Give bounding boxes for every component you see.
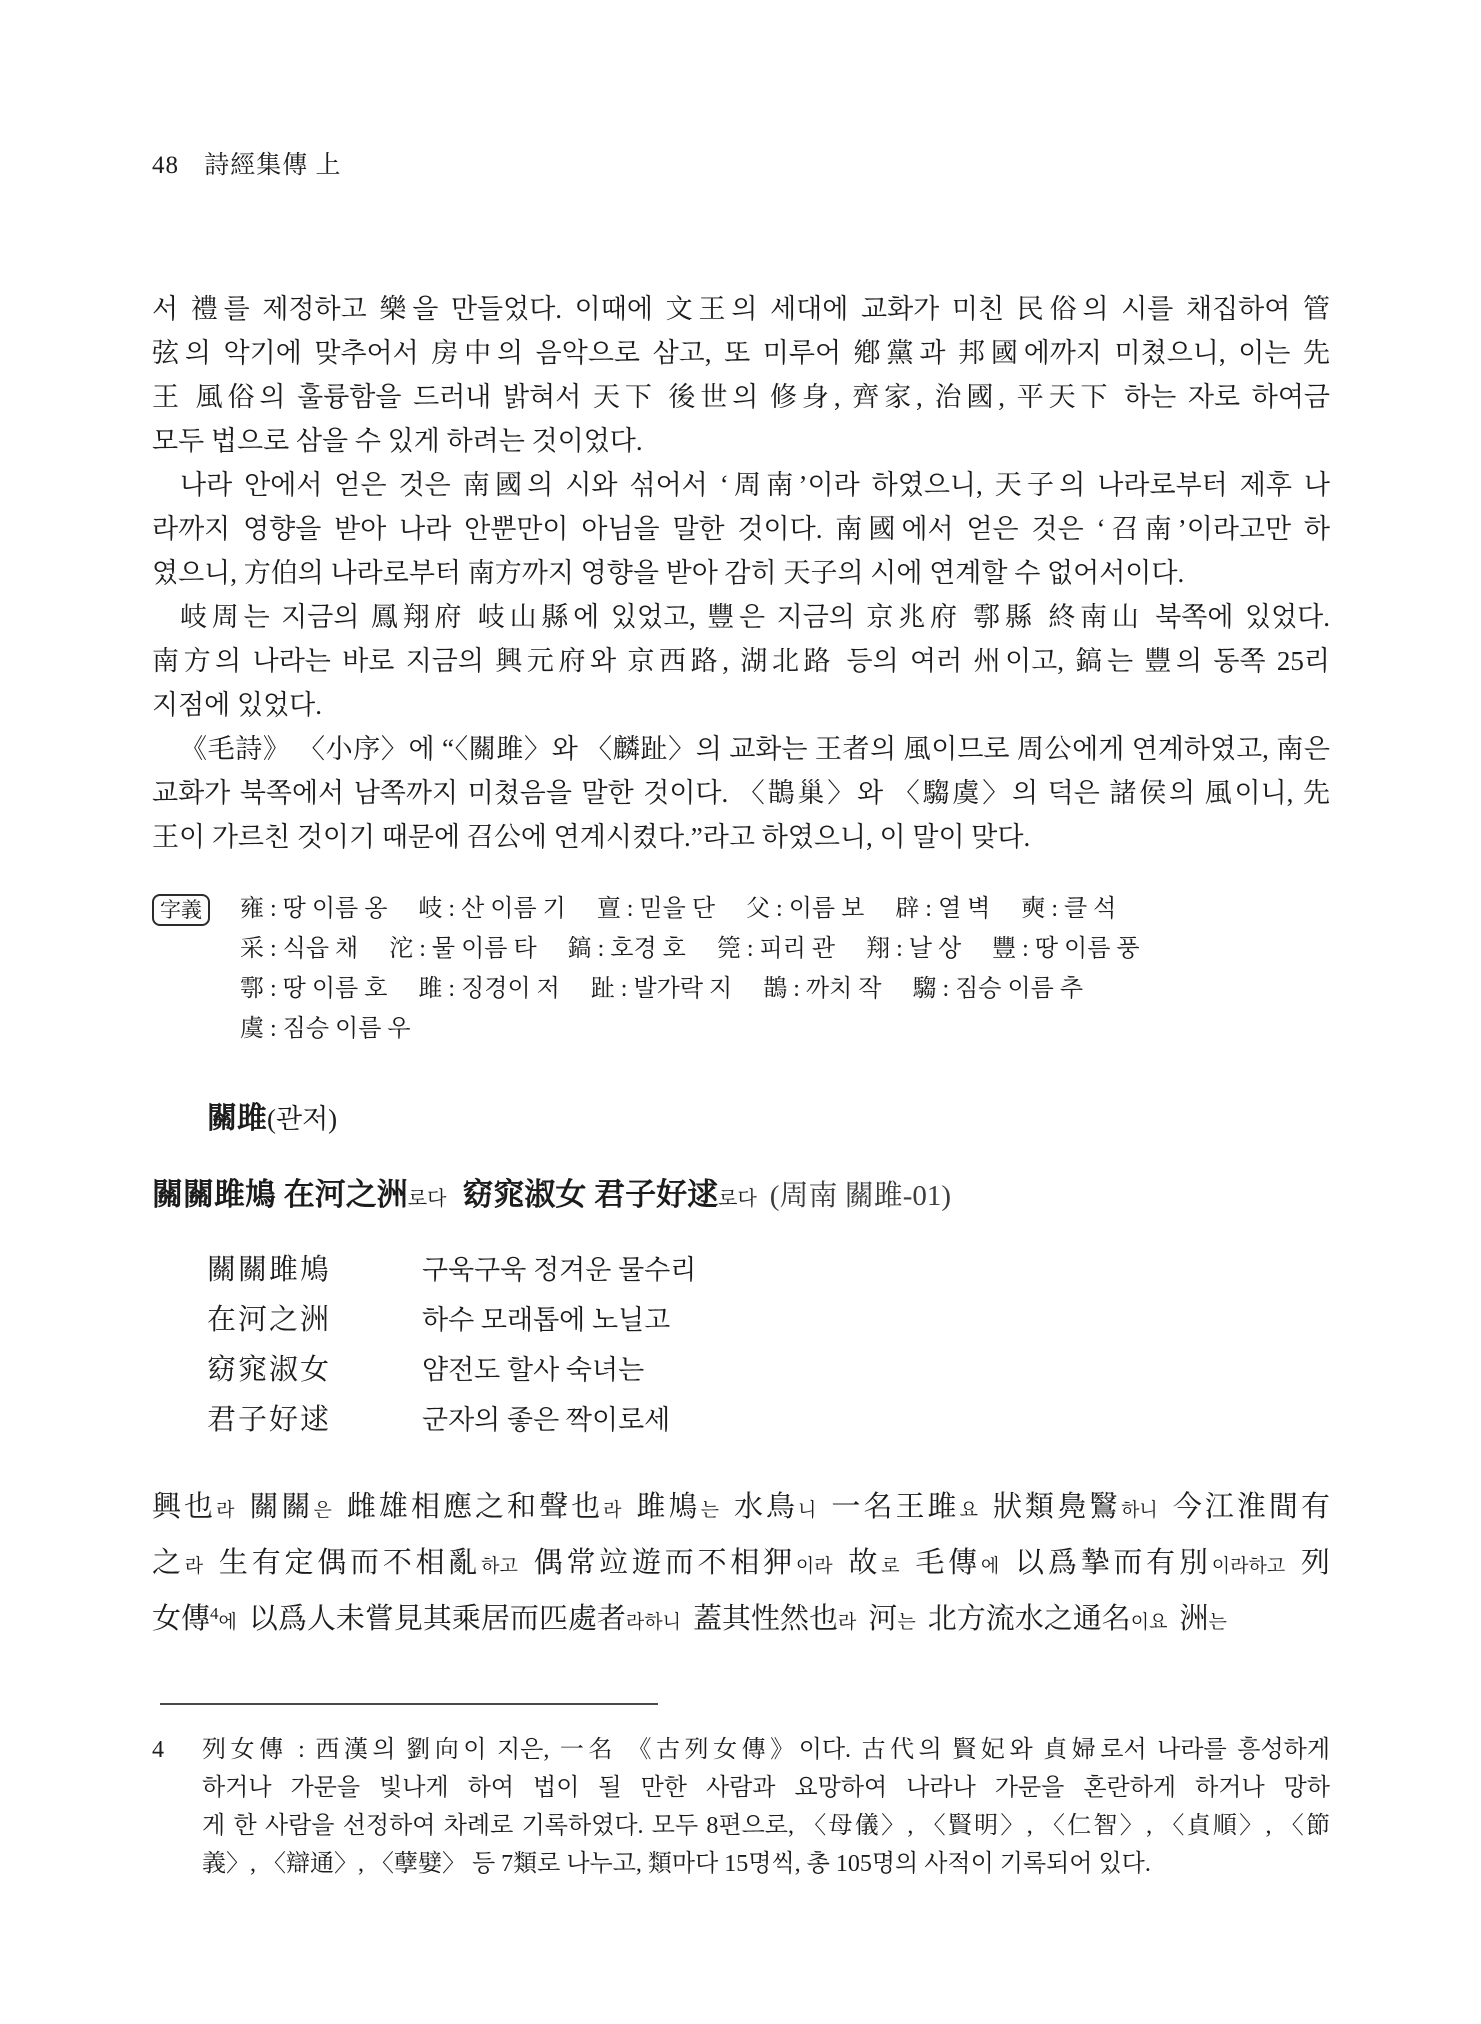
text-line: 南方의 나라는 바로 지금의 興元府와 京西路, 湖北路 등의 여러 州이고, … — [152, 639, 1330, 683]
text-segment: 生有定偶而不相亂 — [215, 1547, 481, 1579]
text-segment: 狀類鳧鷖 — [990, 1491, 1121, 1523]
text-segment: 故 — [845, 1547, 882, 1579]
glossary-label-box: 字義 — [152, 889, 230, 1049]
text-segment: 하고 — [481, 1556, 518, 1577]
text-line: 였으니, 方伯의 나라로부터 南方까지 영향을 받아 감히 天子의 시에 연계할… — [152, 551, 1330, 595]
text-line: 교화가 북쪽에서 남쪽까지 미쳤음을 말한 것이다. 〈鵲巢〉와 〈騶虞〉의 덕… — [152, 771, 1330, 815]
glossary-entry: 虞 : 짐승 이름 우 — [240, 1016, 411, 1042]
text-segment: 興也 — [152, 1491, 216, 1523]
footnote-line: 게 한 사람을 선정하여 차례로 기록하였다. 모두 8편으로, 〈母儀〉, 〈… — [202, 1807, 1330, 1845]
zhu-xi-commentary: 興也라關關은雌雄相應之和聲也라雎鳩는水鳥니一名王雎요狀類鳧鷖하니今江淮間有 之라… — [152, 1481, 1330, 1649]
text-segment: 列 — [1297, 1547, 1330, 1579]
glossary-entry: 鵲 : 까치 작 — [763, 976, 881, 1002]
text-segment: 以爲人未嘗見其乘居而匹處者 — [249, 1603, 626, 1635]
glossary-entry: 鎬 : 호경 호 — [568, 936, 686, 962]
paragraph: 서 禮를 제정하고 樂을 만들었다. 이때에 文王의 세대에 교화가 미친 民俗… — [152, 287, 1330, 463]
glossary-entry: 亶 : 믿을 단 — [597, 896, 715, 922]
text-segment: 은 — [314, 1500, 332, 1521]
text-segment: 洲 — [1179, 1603, 1208, 1635]
text-segment: 毛傳 — [912, 1547, 981, 1579]
text-segment: 雎鳩 — [634, 1491, 701, 1523]
footnote-line: 義〉, 〈辯通〉, 〈孽嬖〉 등 7類로 나누고, 類마다 15명씩, 총 10… — [202, 1845, 1330, 1883]
footnote: 4 列女傳 : 西漢의 劉向이 지은, 一名 《古列女傳》이다. 古代의 賢妃와… — [152, 1731, 1330, 1883]
glossary-label: 字義 — [152, 894, 210, 926]
text-segment: 에 — [981, 1556, 999, 1577]
text-line: 서 禮를 제정하고 樂을 만들었다. 이때에 文王의 세대에 교화가 미친 民俗… — [152, 287, 1330, 331]
commentary-line: 興也라關關은雌雄相應之和聲也라雎鳩는水鳥니一名王雎요狀類鳧鷖하니今江淮間有 — [152, 1481, 1330, 1537]
text-segment: 로 — [881, 1556, 899, 1577]
running-head: 48 詩經集傳 上 — [152, 145, 1330, 181]
text-segment: 雌雄相應之和聲也 — [344, 1491, 603, 1523]
verse-korean: 군자의 좋은 짝이로세 — [422, 1395, 670, 1445]
text-segment: 이라하고 — [1212, 1556, 1285, 1577]
text-segment: 라 — [185, 1556, 203, 1577]
text-segment: 女傳 — [152, 1603, 210, 1635]
text-segment: 關關雎鳩 在河之洲 — [152, 1177, 408, 1212]
verse-hanja: 關關雎鳩 — [207, 1245, 422, 1295]
glossary-row: 采 : 식읍 채沱 : 물 이름 타鎬 : 호경 호筦 : 피리 관翔 : 날 … — [240, 929, 1330, 969]
page-number: 48 — [152, 152, 179, 179]
glossary-row: 雍 : 땅 이름 옹岐 : 산 이름 기亶 : 믿을 단父 : 이름 보辟 : … — [240, 889, 1330, 929]
commentary-line: 女傳4에以爲人未嘗見其乘居而匹處者라하니蓋其性然也라河는北方流水之通名이요洲는 — [152, 1593, 1330, 1649]
footnote-line: 하거나 가문을 빛나게 하여 법이 될 만한 사람과 요망하여 나라나 가문을 … — [202, 1769, 1330, 1807]
text-segment: 는 — [897, 1612, 915, 1633]
text-line: 王 風俗의 훌륭함을 드러내 밝혀서 天下 後世의 修身, 齊家, 治國, 平天… — [152, 375, 1330, 419]
text-segment: 以爲摯而有別 — [1011, 1547, 1211, 1579]
text-segment: 하니 — [1121, 1500, 1158, 1521]
text-segment: 로다 — [408, 1188, 447, 1210]
text-segment: 關關 — [246, 1491, 313, 1523]
text-segment: 之 — [152, 1547, 185, 1579]
glossary-entry: 筦 : 피리 관 — [717, 936, 835, 962]
verse-korean: 얌전도 할사 숙녀는 — [422, 1345, 644, 1395]
text-segment: 窈窕淑女 君子好逑 — [462, 1177, 718, 1212]
poem-heading: 關關雎鳩 在河之洲로다窈窕淑女 君子好逑로다(周南 關雎-01) — [152, 1175, 1330, 1219]
text-segment: 라 — [603, 1500, 621, 1521]
verse-row: 在河之洲 하수 모래톱에 노닐고 — [207, 1295, 1330, 1345]
glossary-entry: 岐 : 산 이름 기 — [418, 896, 565, 922]
verse-hanja: 君子好逑 — [207, 1395, 422, 1445]
verse-row: 君子好逑 군자의 좋은 짝이로세 — [207, 1395, 1330, 1445]
glossary-entry: 雍 : 땅 이름 옹 — [240, 896, 387, 922]
glossary-row: 鄠 : 땅 이름 호雎 : 징경이 저趾 : 발가락 지鵲 : 까치 작騶 : … — [240, 969, 1330, 1009]
paragraph: 《毛詩》 〈小序〉에 “〈關雎〉와 〈麟趾〉의 교화는 王者의 風이므로 周公에… — [152, 727, 1330, 859]
paragraph: 岐周는 지금의 鳳翔府 岐山縣에 있었고, 豐은 지금의 京兆府 鄠縣 終南山 … — [152, 595, 1330, 727]
glossary-entry: 雎 : 징경이 저 — [418, 976, 559, 1002]
glossary-entry: 奭 : 클 석 — [1021, 896, 1116, 922]
text-line: 王이 가르친 것이기 때문에 召公에 연계시켰다.”라고 하였으니, 이 말이 … — [152, 815, 1330, 859]
text-segment: 이라 — [796, 1556, 833, 1577]
verse-korean: 하수 모래톱에 노닐고 — [422, 1295, 670, 1345]
text-segment: 는 — [701, 1500, 719, 1521]
text-segment: (周南 關雎-01) — [770, 1180, 951, 1212]
main-text: 서 禮를 제정하고 樂을 만들었다. 이때에 文王의 세대에 교화가 미친 民俗… — [152, 287, 1330, 859]
text-segment: 는 — [1208, 1612, 1226, 1633]
text-segment: 一名王雎 — [828, 1491, 959, 1523]
text-segment: 北方流水之通名 — [928, 1603, 1131, 1635]
glossary-entry: 鄠 : 땅 이름 호 — [240, 976, 387, 1002]
book-title: 詩經集傳 上 — [204, 152, 341, 179]
glossary-entry: 趾 : 발가락 지 — [591, 976, 732, 1002]
text-line: 弦의 악기에 맞추어서 房中의 음악으로 삼고, 또 미루어 鄕黨과 邦國에까지… — [152, 331, 1330, 375]
text-line: 《毛詩》 〈小序〉에 “〈關雎〉와 〈麟趾〉의 교화는 王者의 風이므로 周公에… — [152, 727, 1330, 771]
verse-table: 關關雎鳩 구욱구욱 정겨운 물수리 在河之洲 하수 모래톱에 노닐고 窈窕淑女 … — [152, 1245, 1330, 1445]
glossary-entry: 采 : 식읍 채 — [240, 936, 358, 962]
footnote-number: 4 — [152, 1731, 202, 1883]
text-segment: 今江淮間有 — [1170, 1491, 1330, 1523]
text-line: 岐周는 지금의 鳳翔府 岐山縣에 있었고, 豐은 지금의 京兆府 鄠縣 終南山 … — [152, 595, 1330, 639]
verse-korean: 구욱구욱 정겨운 물수리 — [422, 1245, 696, 1295]
text-segment: 이요 — [1131, 1612, 1168, 1633]
text-line: 지점에 있었다. — [152, 683, 1330, 727]
glossary-entry: 翔 : 날 상 — [866, 936, 961, 962]
footnote-divider — [160, 1703, 658, 1705]
text-segment: 라 — [838, 1612, 856, 1633]
verse-row: 關關雎鳩 구욱구욱 정겨운 물수리 — [207, 1245, 1330, 1295]
text-segment: 에 — [219, 1612, 237, 1633]
verse-hanja: 窈窕淑女 — [207, 1345, 422, 1395]
glossary-row: 虞 : 짐승 이름 우 — [240, 1009, 1330, 1049]
text-segment: 蓋其性然也 — [693, 1603, 838, 1635]
text-segment: 로다 — [718, 1188, 757, 1210]
paragraph: 나라 안에서 얻은 것은 南國의 시와 섞어서 ‘周南’이라 하였으니, 天子의… — [152, 463, 1330, 595]
text-segment: 4 — [210, 1604, 219, 1623]
text-line: 모두 법으로 삼을 수 있게 하려는 것이었다. — [152, 419, 1330, 463]
character-glossary: 字義 雍 : 땅 이름 옹岐 : 산 이름 기亶 : 믿을 단父 : 이름 보辟… — [152, 889, 1330, 1049]
text-segment: 偶常竝遊而不相狎 — [530, 1547, 796, 1579]
glossary-entry: 辟 : 열 벽 — [895, 896, 990, 922]
footnote-text: 列女傳 : 西漢의 劉向이 지은, 一名 《古列女傳》이다. 古代의 賢妃와 貞… — [202, 1731, 1330, 1883]
text-segment: 라 — [216, 1500, 234, 1521]
book-page: 48 詩經集傳 上 서 禮를 제정하고 樂을 만들었다. 이때에 文王의 세대에… — [0, 0, 1481, 2024]
text-segment: 니 — [798, 1500, 816, 1521]
footnote-line: 列女傳 : 西漢의 劉向이 지은, 一名 《古列女傳》이다. 古代의 賢妃와 貞… — [202, 1731, 1330, 1769]
verse-row: 窈窕淑女 얌전도 할사 숙녀는 — [207, 1345, 1330, 1395]
text-segment: 라하니 — [626, 1612, 681, 1633]
poem-title-hanja: 關雎 — [207, 1102, 267, 1135]
text-segment: 요 — [960, 1500, 978, 1521]
glossary-entry: 豐 : 땅 이름 풍 — [992, 936, 1139, 962]
verse-hanja: 在河之洲 — [207, 1295, 422, 1345]
poem-section-title: 關雎(관저) — [152, 1101, 1330, 1137]
text-segment: 水鳥 — [731, 1491, 798, 1523]
glossary-rows: 雍 : 땅 이름 옹岐 : 산 이름 기亶 : 믿을 단父 : 이름 보辟 : … — [240, 889, 1330, 1049]
glossary-entry: 父 : 이름 보 — [746, 896, 864, 922]
poem-title-korean: (관저) — [267, 1104, 337, 1134]
text-segment: 河 — [868, 1603, 897, 1635]
commentary-line: 之라生有定偶而不相亂하고偶常竝遊而不相狎이라故로毛傳에以爲摯而有別이라하고列 — [152, 1537, 1330, 1593]
glossary-entry: 沱 : 물 이름 타 — [389, 936, 536, 962]
text-line: 라까지 영향을 받아 나라 안뿐만이 아님을 말한 것이다. 南國에서 얻은 것… — [152, 507, 1330, 551]
text-line: 나라 안에서 얻은 것은 南國의 시와 섞어서 ‘周南’이라 하였으니, 天子의… — [152, 463, 1330, 507]
glossary-entry: 騶 : 짐승 이름 추 — [912, 976, 1083, 1002]
